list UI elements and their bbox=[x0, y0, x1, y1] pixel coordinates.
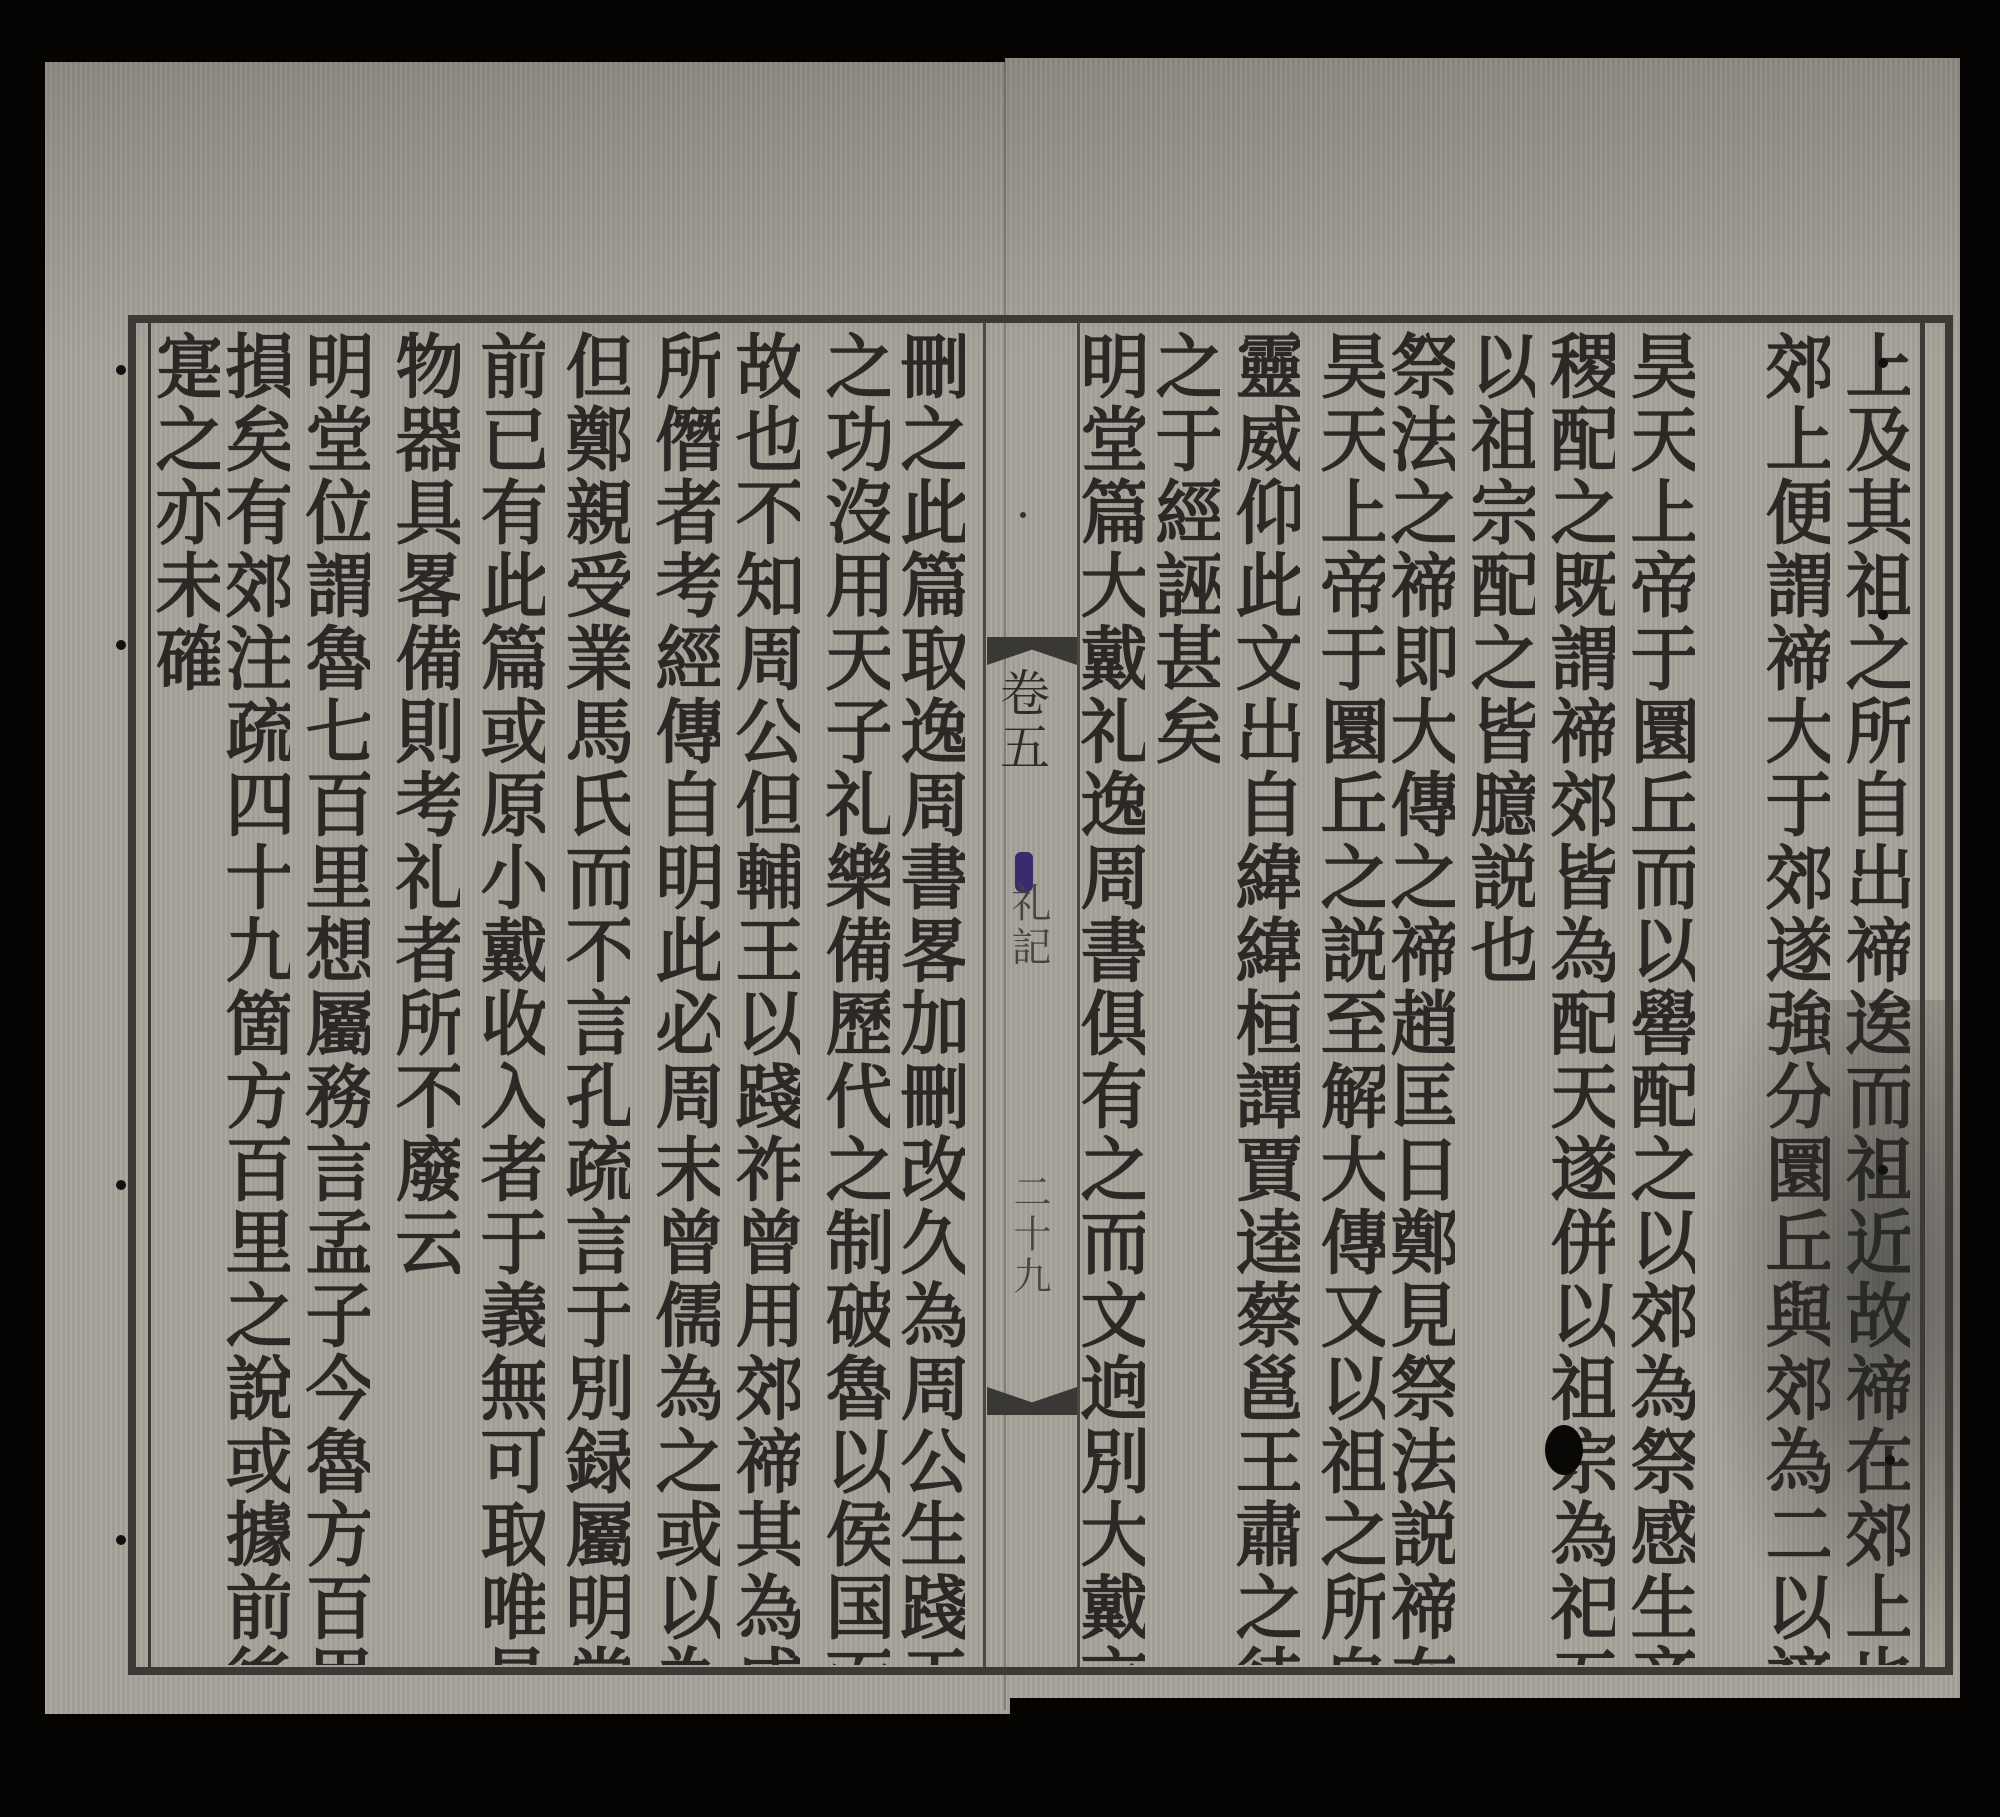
text-column: 但鄭親受業馬氏而不言孔疏言于別録屬明堂陰陽是劉向 bbox=[560, 330, 630, 1665]
leaf-number: 二十九 bbox=[997, 1172, 1057, 1298]
binding-hole bbox=[1878, 1165, 1888, 1175]
text-column: 寔之亦未確 bbox=[150, 330, 220, 1665]
text-column: 刪之此篇取逸周書畧加刪改久為周公生踐天子位建不世 bbox=[895, 330, 965, 1665]
binding-hole bbox=[1878, 610, 1888, 620]
text-column: 故也不知周公但輔王以踐祚曾用郊禘其為成王所賜及後 bbox=[730, 330, 800, 1665]
binding-hole bbox=[116, 1535, 126, 1545]
binding-hole bbox=[116, 365, 126, 375]
binding-hole bbox=[116, 1180, 126, 1190]
right-border-line bbox=[1920, 322, 1925, 1667]
fold-dot-mark bbox=[1020, 512, 1026, 518]
text-column: 所僭者考經傳自明此必周末曾儒為之或以為馬融所增 bbox=[650, 330, 720, 1665]
text-column: 靈威仰此文出自緯緯桓譚賈逵蔡邕王肅之徒疾之而鄭通 bbox=[1230, 330, 1300, 1665]
volume-label: 卷五 bbox=[997, 667, 1057, 775]
text-column: 明堂位謂魯七百里想屬務言孟子今魯方百里者五猶以為當 bbox=[300, 330, 370, 1665]
text-column: 之功沒用天子礼樂備歷代之制破魯以侯国而用王礼周公 bbox=[820, 330, 890, 1665]
text-column: 物器具畧備則考礼者所不廢云 bbox=[390, 330, 460, 1665]
fold-line-left bbox=[983, 322, 986, 1667]
worm-hole bbox=[1545, 1425, 1583, 1475]
text-column: 上及其祖之所自出禘逘而祖近故禘在郊上也鄭氏見禘在 bbox=[1840, 330, 1910, 1665]
text-column: 昊天上帝于圜丘之説至解大傳又以祖之所自出謂感生帝 bbox=[1315, 330, 1385, 1665]
book-title-label: 礼記 bbox=[997, 882, 1057, 970]
text-column: 損矣有郊注疏四十九箇方百里之說或據前後漢書地志 bbox=[220, 330, 290, 1665]
text-column: 前已有此篇或原小戴收入者于義無可取唯是四代礼樂服 bbox=[475, 330, 545, 1665]
text-column: 以祖宗配之皆臆説也 bbox=[1465, 330, 1535, 1665]
text-column: 明堂篇大戴礼逸周書俱有之而文逈別大戴言營建之制小戴 bbox=[1075, 330, 1145, 1665]
binding-hole bbox=[1878, 358, 1888, 368]
binding-hole bbox=[1885, 1455, 1895, 1465]
upper-fishtail-icon bbox=[987, 637, 1077, 665]
text-column: 之于經誣甚矣 bbox=[1150, 330, 1220, 1665]
lower-fishtail-icon bbox=[987, 1387, 1077, 1415]
binding-hole bbox=[116, 640, 126, 650]
text-column: 郊上便謂禘大于郊遂強分圜丘與郊為二以禘為冬至日祀 bbox=[1760, 330, 1830, 1665]
text-column: 昊天上帝于圜丘而以嚳配之以郊為祭感生帝于南郊而以 bbox=[1625, 330, 1695, 1665]
text-column: 祭法之禘即大傳之禘趙匡日鄭見祭法説禘在郊上故為配祭 bbox=[1385, 330, 1455, 1665]
